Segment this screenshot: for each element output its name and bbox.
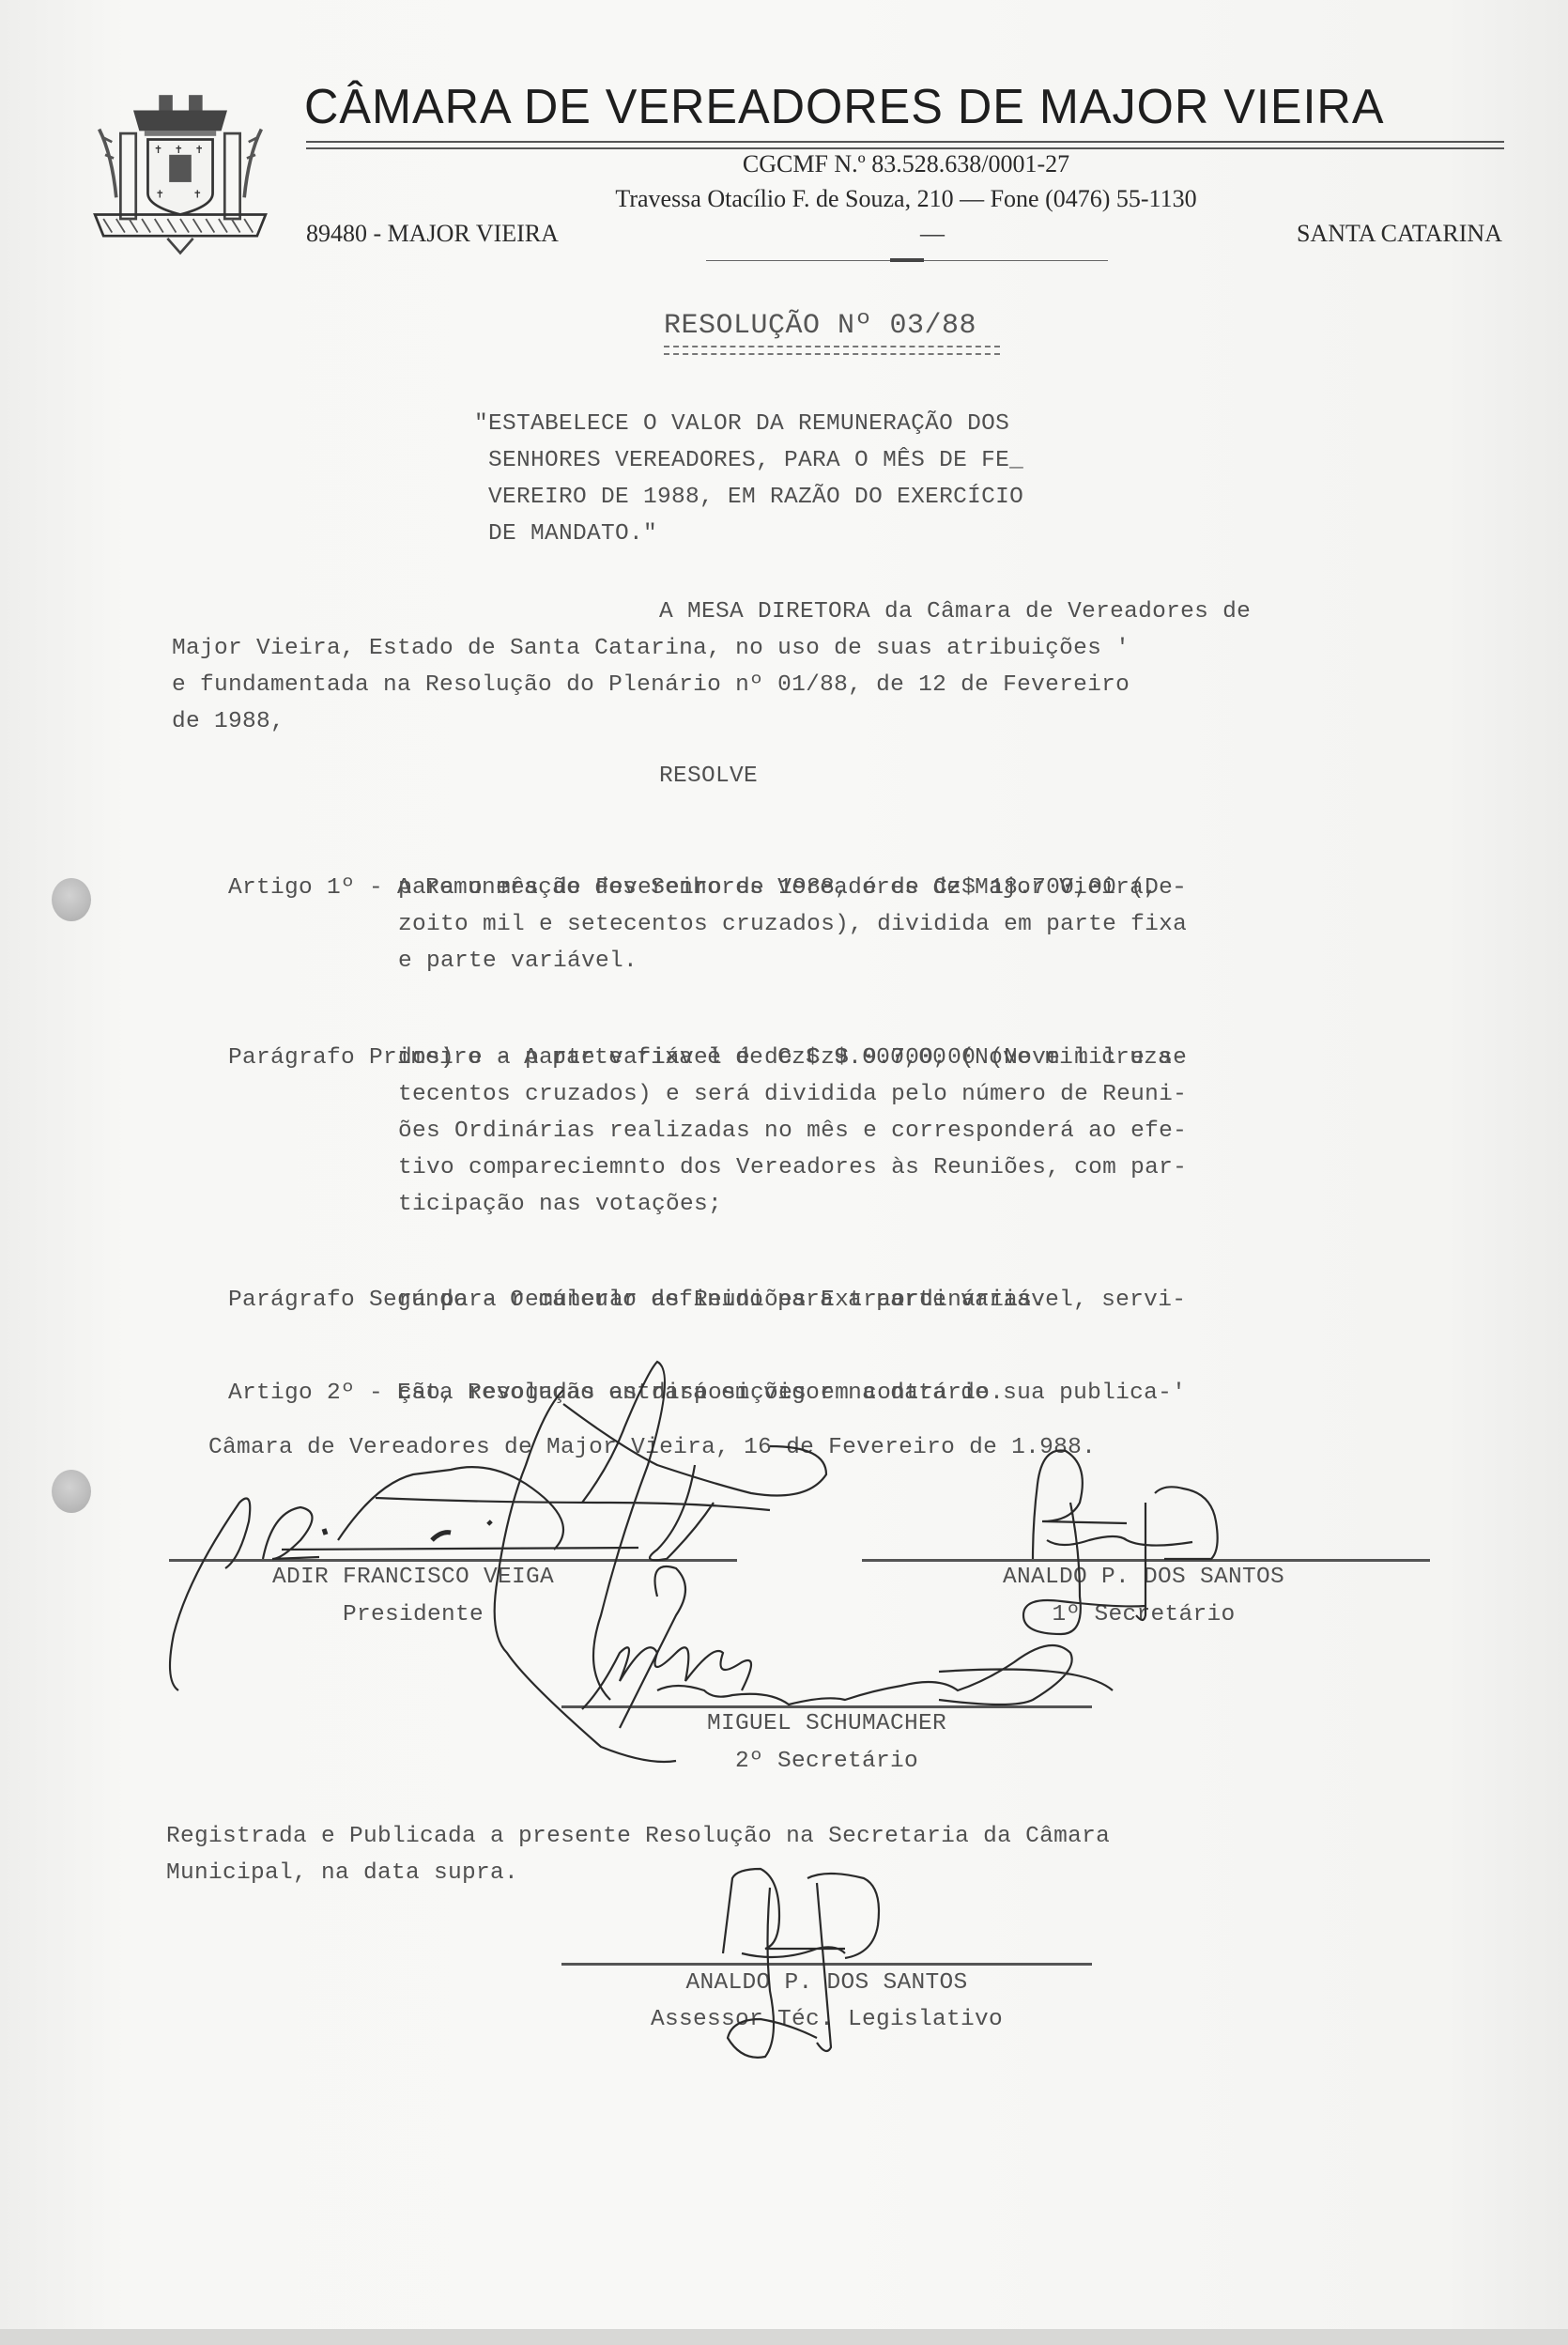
signatory-role: Presidente xyxy=(169,1597,657,1633)
resolution-title: RESOLUÇÃO Nº 03/88 xyxy=(664,310,976,342)
postal-city: 89480 - MAJOR VIEIRA xyxy=(306,220,559,248)
city-separator: — xyxy=(920,220,945,248)
article-label: Artigo 1º - xyxy=(228,875,397,901)
header-rule-bottom xyxy=(306,147,1504,149)
article-line: zoito mil e setecentos cruzados), dividi… xyxy=(398,906,1187,943)
state-name: SANTA CATARINA xyxy=(1297,220,1502,248)
article-line: tecentos cruzados) e será dividida pelo … xyxy=(398,1076,1187,1113)
article-label: Artigo 2º - xyxy=(228,1381,397,1406)
preamble-line: e fundamentada na Resolução do Plenário … xyxy=(172,667,1130,703)
preamble-line: Major Vieira, Estado de Santa Catarina, … xyxy=(172,630,1130,667)
scan-bottom-edge xyxy=(0,2329,1568,2345)
summary-line: SENHORES VEREADORES, PARA O MÊS DE FE_ xyxy=(488,442,1023,479)
article-line: ões Ordinárias realizadas no mês e corre… xyxy=(398,1113,1187,1149)
article-line: ção, revogadas as disposições em contrár… xyxy=(398,1375,1004,1412)
signatory-role: Assessor Téc. Legislativo xyxy=(561,2001,1092,2038)
signatory-name: ANALDO P. DOS SANTOS xyxy=(561,1965,1092,2001)
punch-hole-icon xyxy=(52,1470,91,1513)
article-line: para o mês de Fevereiro de 1988, é de Cz… xyxy=(398,870,1187,906)
summary-line: VEREIRO DE 1988, EM RAZÃO DO EXERCÍCIO xyxy=(488,479,1023,516)
registration-line: Municipal, na data supra. xyxy=(166,1855,518,1891)
article-line: e parte variável. xyxy=(398,943,638,980)
address-phone: Travessa Otacílio F. de Souza, 210 — Fon… xyxy=(0,185,1568,213)
place-date: Câmara de Vereadores de Major Vieira, 16… xyxy=(208,1429,1096,1466)
header-rule-ornament xyxy=(890,258,924,262)
article-line: rá para remunerar as Reuniões Extraordin… xyxy=(398,1282,1046,1319)
signatory-name: MIGUEL SCHUMACHER xyxy=(561,1705,1092,1742)
resolution-title-underline xyxy=(664,346,1000,355)
signatory-name: ANALDO P. DOS SANTOS xyxy=(862,1559,1425,1596)
registration-line: Registrada e Publicada a presente Resolu… xyxy=(166,1818,1110,1855)
header-rule-top xyxy=(306,141,1504,143)
cgcmf-number: CGCMF N.º 83.528.638/0001-27 xyxy=(0,150,1568,178)
article-line: ticipação nas votações; xyxy=(398,1186,722,1223)
article-line: dos) e a parte variável é de Cz$ 9.700,0… xyxy=(398,1040,1187,1076)
summary-line: DE MANDATO." xyxy=(488,516,657,552)
preamble-line: A MESA DIRETORA da Câmara de Vereadores … xyxy=(659,594,1251,630)
signatory-role: 1º Secretário xyxy=(862,1597,1425,1633)
summary-line: "ESTABELECE O VALOR DA REMUNERAÇÃO DOS xyxy=(474,406,1009,442)
chamber-title: CÂMARA DE VEREADORES DE MAJOR VIEIRA xyxy=(304,79,1470,135)
resolve-heading: RESOLVE xyxy=(659,758,758,795)
preamble-line: de 1988, xyxy=(172,703,284,740)
article-line: tivo compareciemnto dos Vereadores às Re… xyxy=(398,1149,1187,1186)
signatory-name: ADIR FRANCISCO VEIGA xyxy=(169,1559,657,1596)
signatory-role: 2º Secretário xyxy=(561,1743,1092,1780)
punch-hole-icon xyxy=(52,878,91,921)
